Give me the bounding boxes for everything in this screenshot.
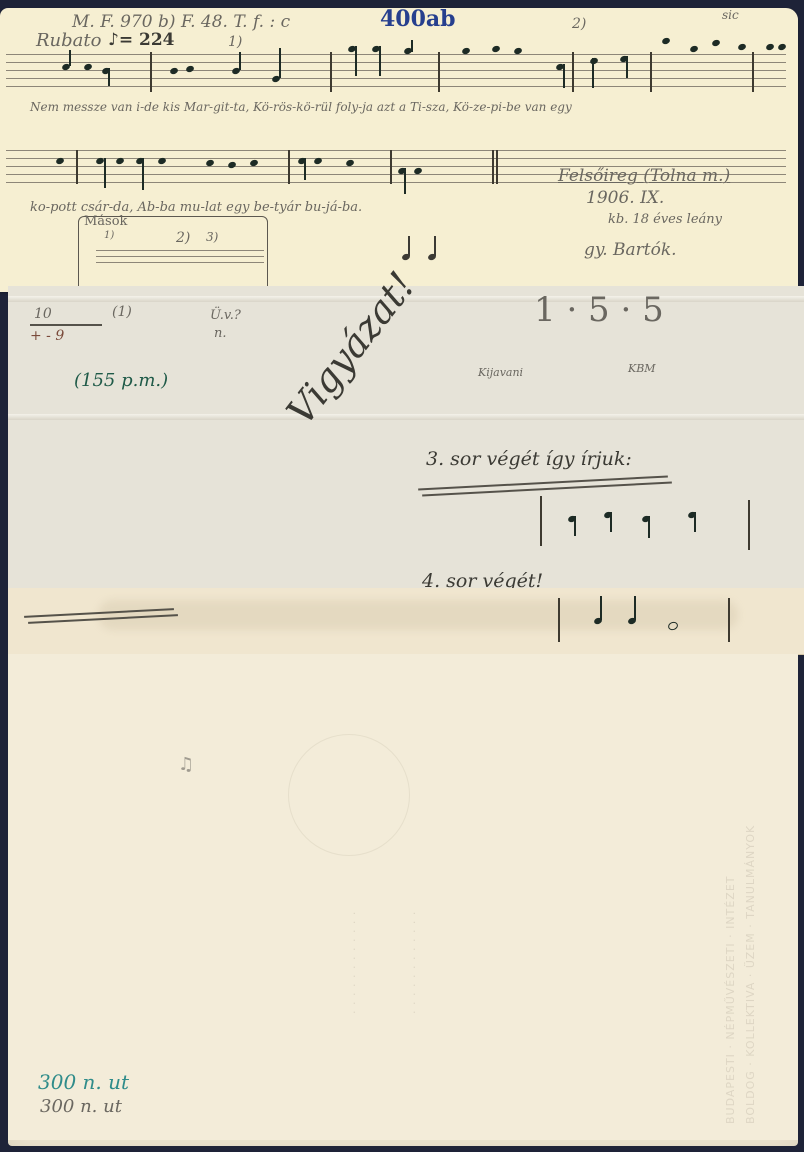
- uv-note-2: n.: [214, 326, 227, 341]
- tape-strip: [8, 588, 804, 655]
- warning-text: Vigyázat!: [278, 264, 424, 433]
- others-variant-1: 1): [104, 230, 114, 241]
- archive-number: 400ab: [380, 6, 456, 32]
- lower-page-area: BOLDOG · KOLLEKTIVA · ÜZEM · TANULMÁNYOK…: [8, 654, 798, 1140]
- uv-note: Ü.v.?: [210, 308, 241, 323]
- top-music-leaf: M. F. 970 b) F. 48. T. f. : c 400ab Ruba…: [0, 8, 798, 292]
- paren-one: (1): [112, 304, 132, 320]
- metronome-mark: ♪= 224: [108, 30, 175, 50]
- variant-marker-1: 1): [228, 34, 242, 50]
- singer: kb. 18 éves leány: [608, 212, 722, 227]
- date: 1906. IX.: [586, 188, 664, 208]
- others-variant-3: 3): [206, 230, 218, 244]
- small-scribble-1: Kijavani: [478, 366, 523, 379]
- lyrics-line-2: ko-pott csár-da, Ab-ba mu-lat egy be-tyá…: [30, 200, 362, 215]
- others-variant-2: 2): [176, 230, 190, 246]
- small-scribble-2: KBM: [628, 362, 656, 375]
- tissue-overlay: 10 + - 9 (1) Ü.v.? n. (155 p.m.) 1 · 5 ·…: [8, 286, 804, 592]
- instruction-row-3: 3. sor végét így írjuk:: [426, 448, 632, 470]
- collector: gy. Bartók.: [584, 240, 677, 260]
- bottom-note-teal: 300 n. ut: [38, 1070, 129, 1094]
- fraction-bottom: + - 9: [30, 328, 64, 344]
- variant-marker-2: 2): [572, 16, 586, 32]
- sic-note: sic: [722, 8, 739, 22]
- others-mini-staff: [96, 250, 264, 290]
- fraction-top: 10: [34, 306, 52, 322]
- bottom-note-pencil: 300 n. ut: [40, 1096, 122, 1117]
- tempo-label: Rubato: [36, 30, 101, 51]
- staff-1: [6, 54, 786, 94]
- others-label: Mások: [84, 214, 127, 229]
- number-155: 1 · 5 · 5: [534, 290, 664, 330]
- pages-note: (155 p.m.): [74, 370, 168, 391]
- back-scribble: ♫: [178, 754, 194, 775]
- lyrics-line-1: Nem messze van i-de kis Mar-git-ta, Kö-r…: [30, 100, 572, 114]
- catalog-line: M. F. 970 b) F. 48. T. f. : c: [72, 12, 290, 32]
- place: Felsőireg (Tolna m.): [558, 166, 730, 186]
